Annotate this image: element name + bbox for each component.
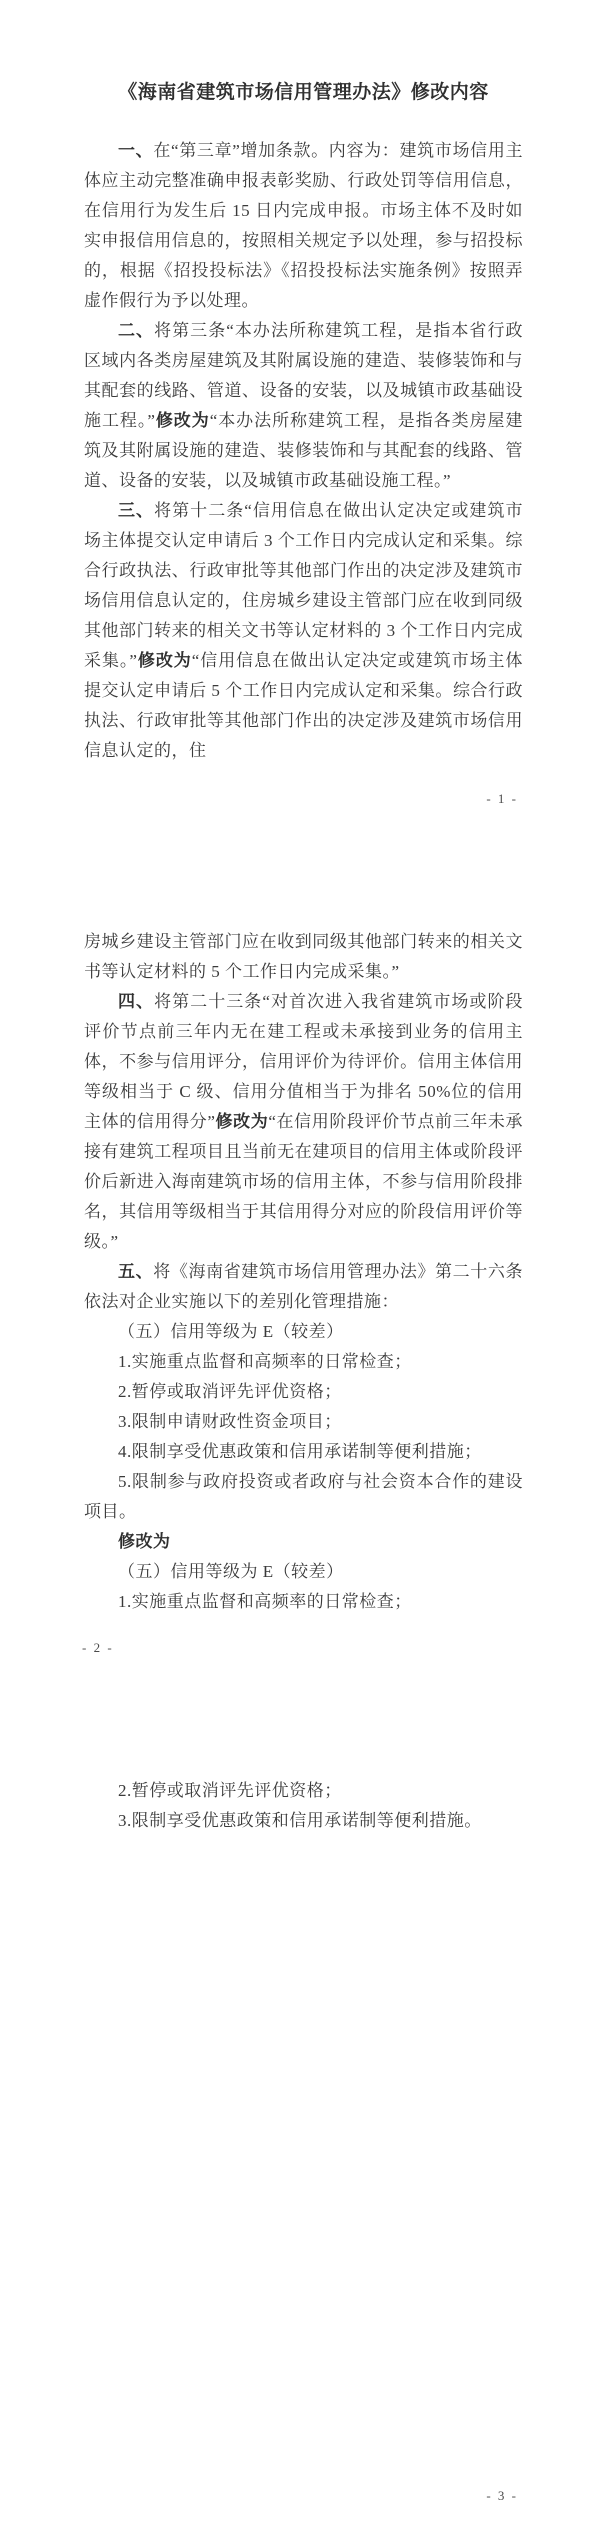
document-title: 《海南省建筑市场信用管理办法》修改内容 [84,78,523,108]
paragraph: 一、在“第三章”增加条款。内容为：建筑市场信用主体应主动完整准确申报表彰奖励、行… [84,136,523,316]
paragraph: 3.限制申请财政性资金项目； [84,1407,523,1437]
paragraph: 三、将第十二条“信用信息在做出认定决定或建筑市场主体提交认定申请后 3 个工作日… [84,496,523,766]
paragraph: 修改为 [84,1527,523,1557]
paragraph: 1.实施重点监督和高频率的日常检查； [84,1587,523,1617]
page-body: 2.暂停或取消评先评优资格；3.限制享受优惠政策和信用承诺制等便利措施。 [84,1776,523,1836]
paragraph: 2.暂停或取消评先评优资格； [84,1776,523,1806]
document-view: 《海南省建筑市场信用管理办法》修改内容一、在“第三章”增加条款。内容为：建筑市场… [0,0,600,2546]
paragraph: 3.限制享受优惠政策和信用承诺制等便利措施。 [84,1806,523,1836]
page-footer: - 2 - [82,1640,114,1656]
paragraph: 5.限制参与政府投资或者政府与社会资本合作的建设项目。 [84,1467,523,1527]
paragraph: 1.实施重点监督和高频率的日常检查； [84,1347,523,1377]
paragraph: 四、将第二十三条“对首次进入我省建筑市场或阶段评价节点前三年内无在建工程或未承接… [84,987,523,1257]
page-footer: - 1 - [486,791,518,807]
paragraph: 2.暂停或取消评先评优资格； [84,1377,523,1407]
page-body: 房城乡建设主管部门应在收到同级其他部门转来的相关文书等认定材料的 5 个工作日内… [84,927,523,1617]
page-2: 房城乡建设主管部门应在收到同级其他部门转来的相关文书等认定材料的 5 个工作日内… [0,849,600,1698]
paragraph: （五）信用等级为 E（较差） [84,1317,523,1347]
page-3: 2.暂停或取消评先评优资格；3.限制享受优惠政策和信用承诺制等便利措施。 - 3… [0,1698,600,2546]
page-1: 《海南省建筑市场信用管理办法》修改内容一、在“第三章”增加条款。内容为：建筑市场… [0,0,600,849]
paragraph: （五）信用等级为 E（较差） [84,1557,523,1587]
paragraph: 4.限制享受优惠政策和信用承诺制等便利措施； [84,1437,523,1467]
paragraph: 房城乡建设主管部门应在收到同级其他部门转来的相关文书等认定材料的 5 个工作日内… [84,927,523,987]
page-footer: - 3 - [486,2488,518,2504]
paragraph: 五、将《海南省建筑市场信用管理办法》第二十六条依法对企业实施以下的差别化管理措施… [84,1257,523,1317]
page-body: 《海南省建筑市场信用管理办法》修改内容一、在“第三章”增加条款。内容为：建筑市场… [84,78,523,766]
paragraph: 二、将第三条“本办法所称建筑工程，是指本省行政区域内各类房屋建筑及其附属设施的建… [84,316,523,496]
